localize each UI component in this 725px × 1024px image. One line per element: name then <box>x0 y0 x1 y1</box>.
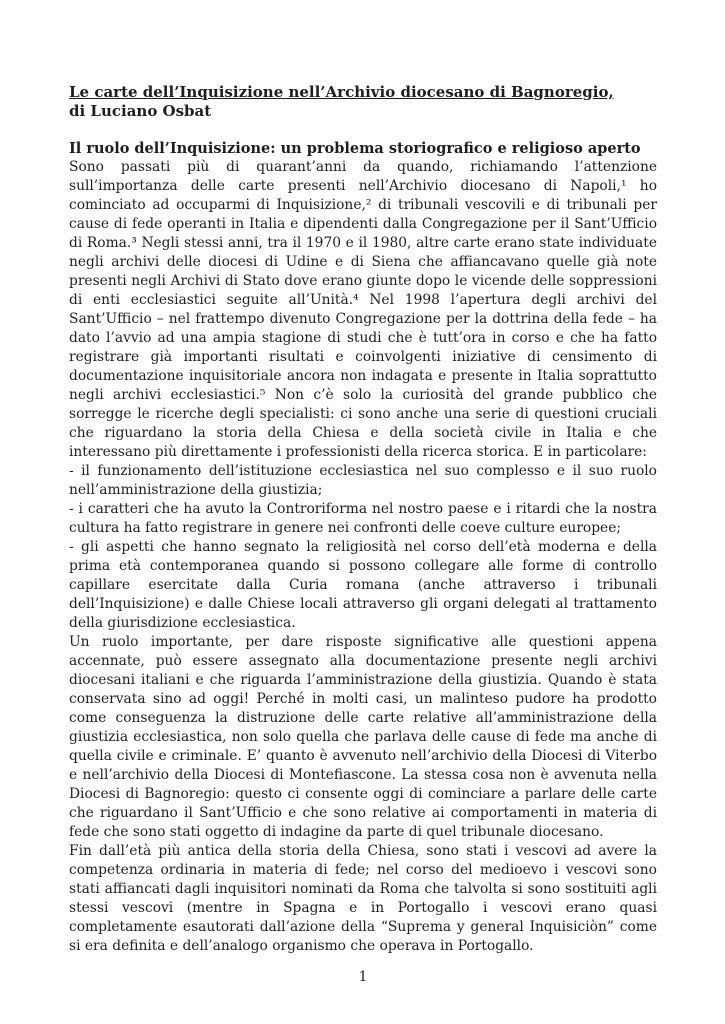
body-paragraph-list-item: - gli aspetti che hanno segnato la relig… <box>69 538 657 633</box>
author-byline: di Luciano Osbat <box>69 102 657 121</box>
body-paragraph: Un ruolo importante, per dare risposte s… <box>69 633 657 842</box>
section-heading: Il ruolo dell’Inquisizione: un problema … <box>69 139 657 158</box>
document-title: Le carte dell’Inquisizione nell’Archivio… <box>69 83 657 102</box>
document-page: Le carte dell’Inquisizione nell’Archivio… <box>0 0 725 1024</box>
body-paragraph-list-item: - il funzionamento dell’istituzione eccl… <box>69 462 657 500</box>
body-paragraph-list-item: - i caratteri che ha avuto la Controrifo… <box>69 500 657 538</box>
body-paragraph: Sono passati più di quarant’anni da quan… <box>69 158 657 462</box>
body-paragraph: Fin dall’età più antica della storia del… <box>69 842 657 956</box>
page-number: 1 <box>69 968 657 987</box>
